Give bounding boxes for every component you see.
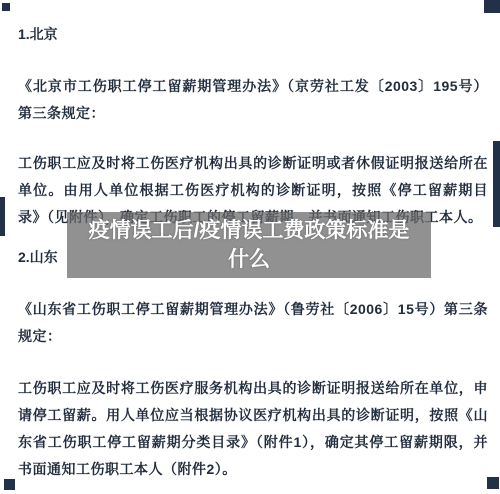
edge-mark-left [0,197,5,236]
edge-mark-bottom-left [4,479,15,490]
watermark-title-banner: 疫情误工后/疫情误工费政策标准是 什么 [67,212,431,278]
watermark-title-line1: 疫情误工后/疫情误工费政策标准是 [89,216,410,245]
section-label-beijing: 1.北京 [18,21,488,48]
section-heading-beijing-regulation: 《北京市工伤职工停工留薪期管理办法》（京劳社工发〔2003〕195号）第三条规定… [18,73,488,127]
edge-mark-right [493,141,500,227]
edge-mark-top-left [2,3,10,11]
section-heading-shandong-regulation: 《山东省工伤职工停工留薪期管理办法》（鲁劳社〔2006〕15号）第三条规定： [18,296,488,350]
section-body-shandong-regulation-text: 工伤职工应及时将工伤医疗服务机构出具的诊断证明报送给所在单位，申请停工留薪。用人… [18,375,488,483]
edge-mark-bottom-right [487,477,499,489]
edge-mark-top-right [484,0,500,13]
watermark-title-line2: 什么 [228,245,270,274]
